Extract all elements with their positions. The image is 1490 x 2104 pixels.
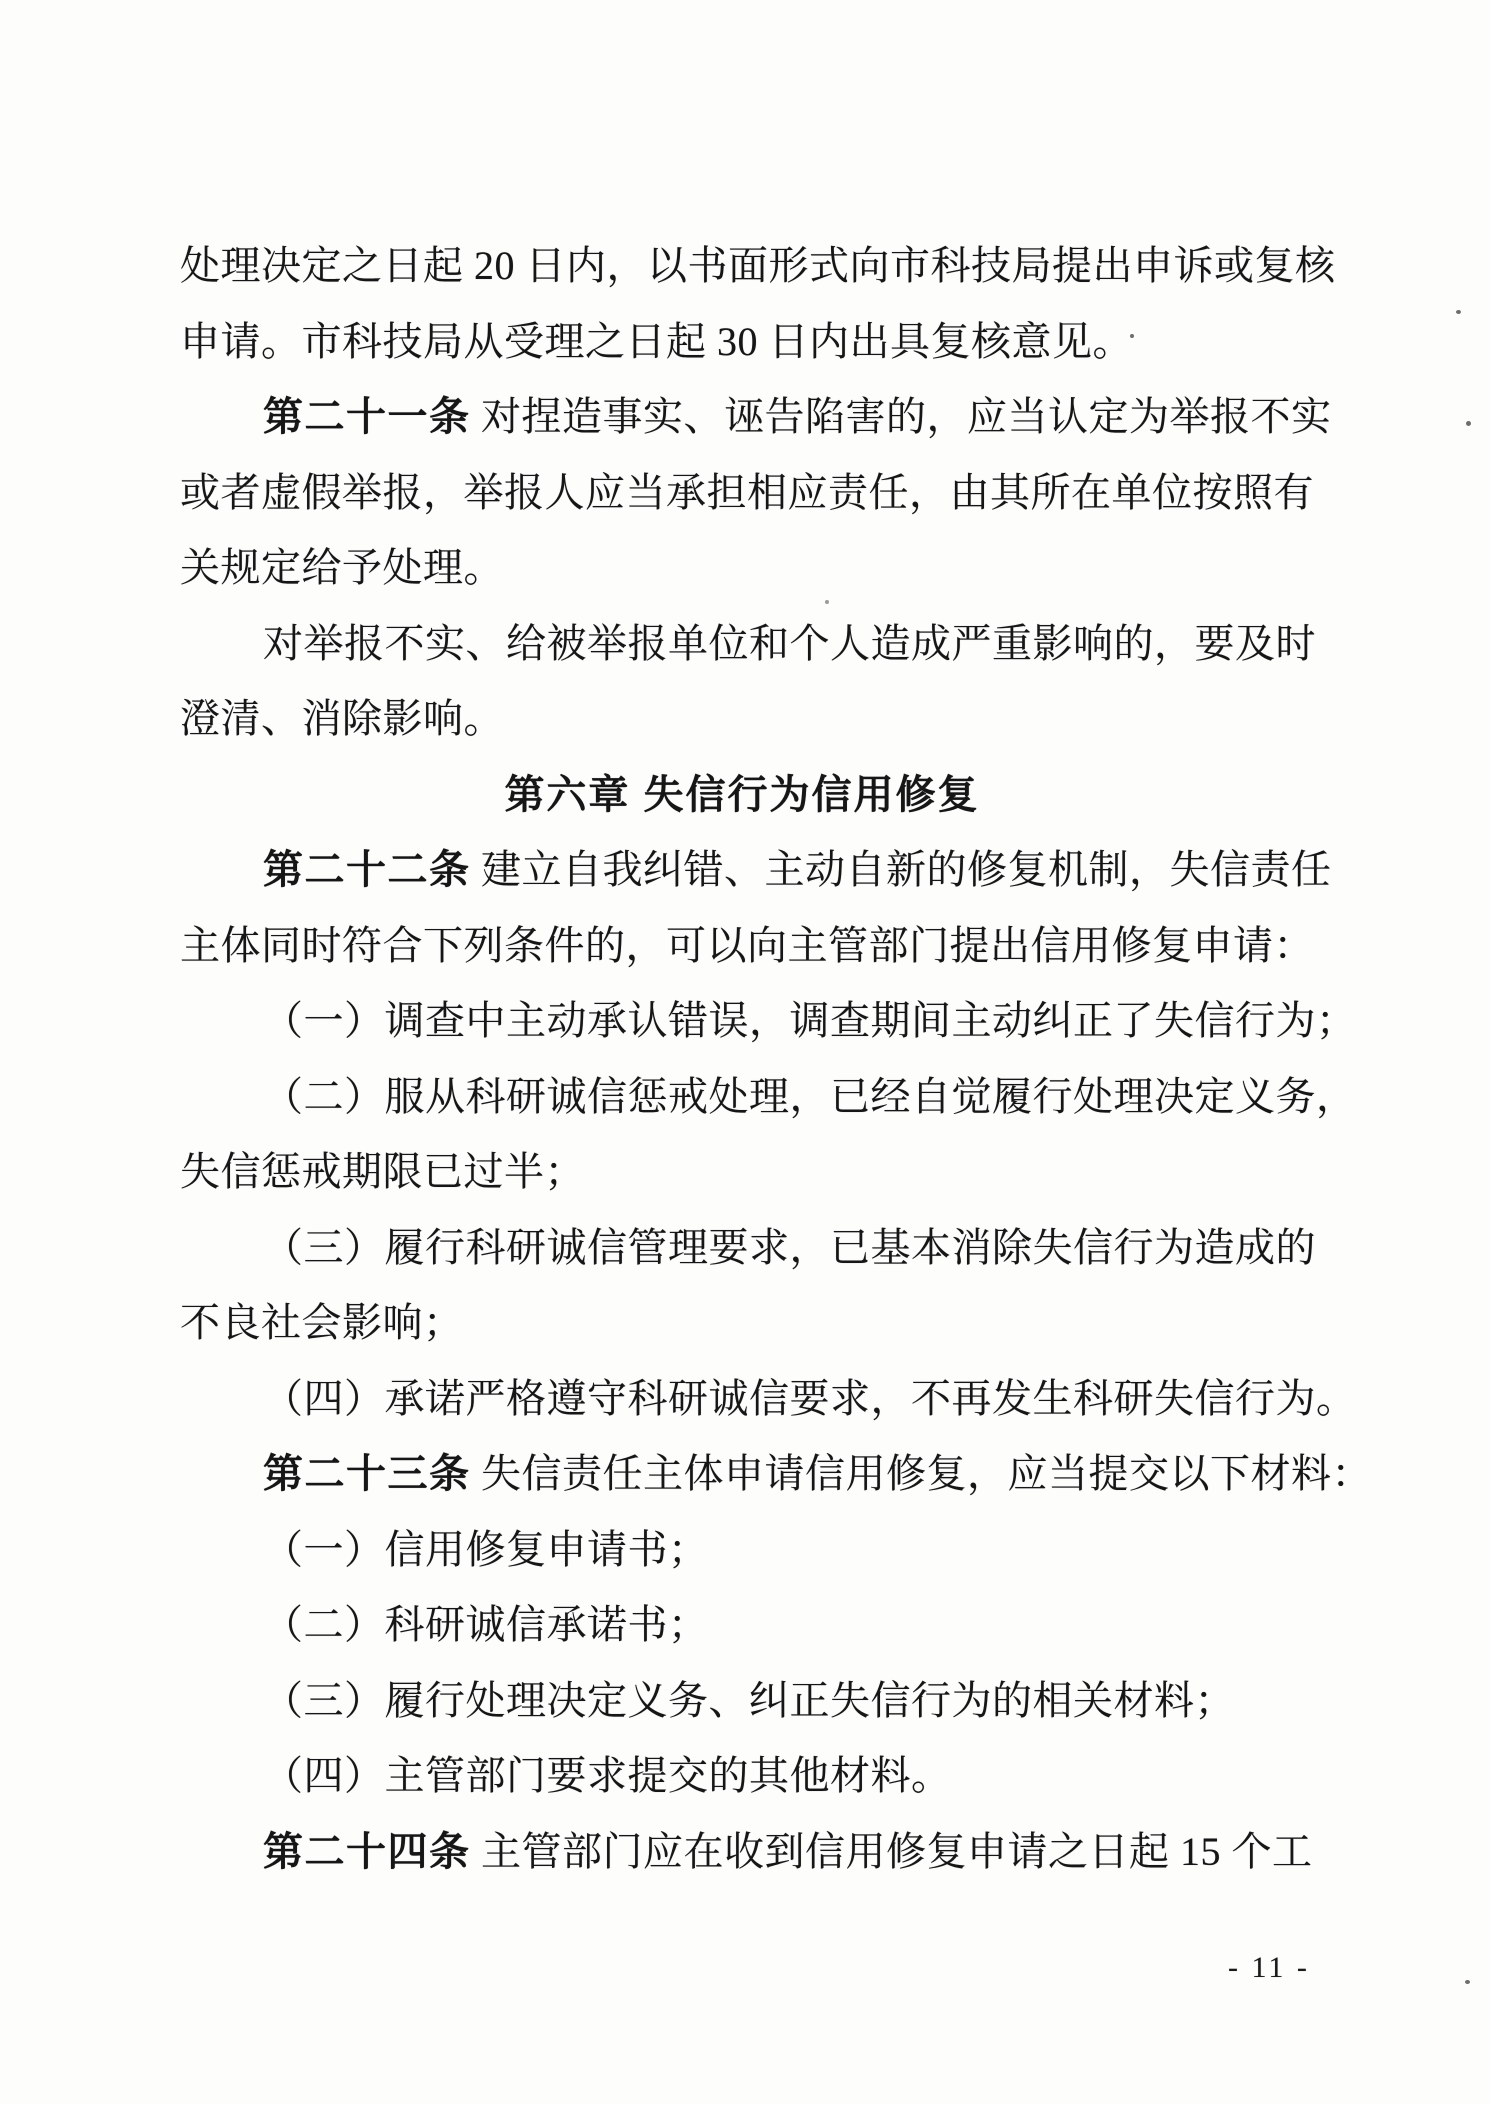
- text-line: 申请。市科技局从受理之日起 30 日内出具复核意见。: [180, 304, 1304, 380]
- text-line: 或者虚假举报，举报人应当承担相应责任，由其所在单位按照有: [180, 455, 1304, 531]
- article-line: 第二十三条 失信责任主体申请信用修复，应当提交以下材料：: [180, 1436, 1304, 1512]
- page-number: - 11 -: [1228, 1948, 1310, 1988]
- list-item-line: （三）履行处理决定义务、纠正失信行为的相关材料；: [180, 1663, 1304, 1739]
- scan-speck: [1466, 421, 1471, 426]
- text-area: 处理决定之日起 20 日内，以书面形式向市科技局提出申诉或复核申请。市科技局从受…: [180, 228, 1304, 1889]
- list-item-line: （一）信用修复申请书；: [180, 1512, 1304, 1588]
- body-text: 关规定给予处理。: [180, 545, 504, 590]
- body-text: 澄清、消除影响。: [180, 696, 504, 741]
- body-text: 对捏造事实、诬告陷害的，应当认定为举报不实: [471, 394, 1332, 439]
- article-line: 第二十二条 建立自我纠错、主动自新的修复机制，失信责任: [180, 832, 1304, 908]
- body-text: 或者虚假举报，举报人应当承担相应责任，由其所在单位按照有: [180, 470, 1314, 515]
- scan-speck: [1130, 334, 1134, 338]
- article-number-label: 第二十四条: [263, 1830, 471, 1874]
- body-text: 申请。市科技局从受理之日起 30 日内出具复核意见。: [180, 319, 1133, 364]
- body-text: 失信责任主体申请信用修复，应当提交以下材料：: [471, 1451, 1373, 1496]
- text-line: 澄清、消除影响。: [180, 681, 1304, 757]
- list-item-line: （四）主管部门要求提交的其他材料。: [180, 1738, 1304, 1814]
- text-line: 主体同时符合下列条件的，可以向主管部门提出信用修复申请：: [180, 908, 1304, 984]
- body-text: 主管部门应在收到信用修复申请之日起 15 个工: [471, 1829, 1313, 1874]
- chapter-heading: 第六章 失信行为信用修复: [180, 757, 1304, 833]
- scan-speck: [1456, 310, 1461, 314]
- text-line: 失信惩戒期限已过半；: [180, 1134, 1304, 1210]
- body-text: 处理决定之日起 20 日内，以书面形式向市科技局提出申诉或复核: [180, 243, 1336, 288]
- body-text: （三）履行处理决定义务、纠正失信行为的相关材料；: [263, 1678, 1235, 1723]
- text-line: 关规定给予处理。: [180, 530, 1304, 606]
- document-page: 处理决定之日起 20 日内，以书面形式向市科技局提出申诉或复核申请。市科技局从受…: [0, 0, 1490, 2104]
- list-item-line: （二）服从科研诚信惩戒处理，已经自觉履行处理决定义务，: [180, 1059, 1304, 1135]
- body-text: （一）信用修复申请书；: [263, 1527, 709, 1572]
- list-item-line: （四）承诺严格遵守科研诚信要求，不再发生科研失信行为。: [180, 1361, 1304, 1437]
- scan-speck: [825, 600, 829, 604]
- body-text: （二）科研诚信承诺书；: [263, 1602, 709, 1647]
- article-line: 第二十一条 对捏造事实、诬告陷害的，应当认定为举报不实: [180, 379, 1304, 455]
- text-line: 不良社会影响；: [180, 1285, 1304, 1361]
- list-item-line: （一）调查中主动承认错误，调查期间主动纠正了失信行为；: [180, 983, 1304, 1059]
- scan-speck: [1465, 1980, 1470, 1984]
- text-line: 处理决定之日起 20 日内，以书面形式向市科技局提出申诉或复核: [180, 228, 1304, 304]
- body-text: （四）承诺严格遵守科研诚信要求，不再发生科研失信行为。: [263, 1376, 1357, 1421]
- article-number-label: 第六章 失信行为信用修复: [504, 773, 979, 817]
- body-text: 失信惩戒期限已过半；: [180, 1149, 585, 1194]
- body-text: （四）主管部门要求提交的其他材料。: [263, 1753, 952, 1798]
- article-number-label: 第二十一条: [263, 395, 471, 439]
- article-number-label: 第二十三条: [263, 1452, 471, 1496]
- body-text: 建立自我纠错、主动自新的修复机制，失信责任: [471, 847, 1332, 892]
- body-text: （一）调查中主动承认错误，调查期间主动纠正了失信行为；: [263, 998, 1357, 1043]
- body-text: 对举报不实、给被举报单位和个人造成严重影响的，要及时: [263, 621, 1316, 666]
- article-number-label: 第二十二条: [263, 848, 471, 892]
- article-line: 第二十四条 主管部门应在收到信用修复申请之日起 15 个工: [180, 1814, 1304, 1890]
- body-text: （三）履行科研诚信管理要求，已基本消除失信行为造成的: [263, 1225, 1316, 1270]
- text-line: 对举报不实、给被举报单位和个人造成严重影响的，要及时: [180, 606, 1304, 682]
- body-text: 主体同时符合下列条件的，可以向主管部门提出信用修复申请：: [180, 923, 1314, 968]
- body-text: 不良社会影响；: [180, 1300, 464, 1345]
- list-item-line: （三）履行科研诚信管理要求，已基本消除失信行为造成的: [180, 1210, 1304, 1286]
- list-item-line: （二）科研诚信承诺书；: [180, 1587, 1304, 1663]
- body-text: （二）服从科研诚信惩戒处理，已经自觉履行处理决定义务，: [263, 1074, 1357, 1119]
